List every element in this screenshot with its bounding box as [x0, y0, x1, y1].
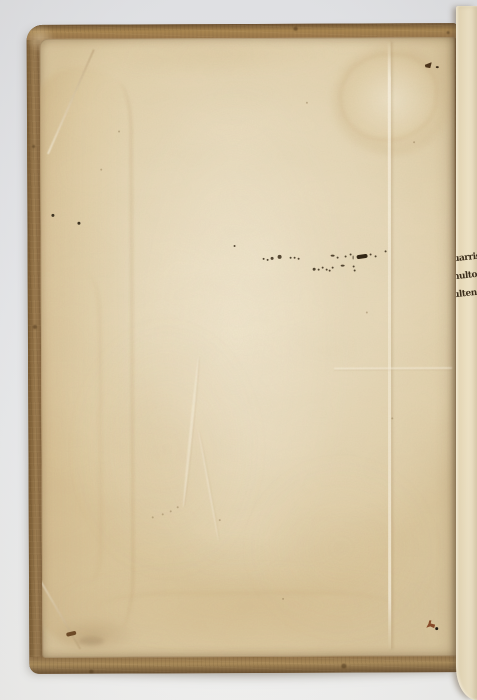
paper-wrinkle	[182, 356, 200, 508]
paper-wrinkle	[198, 431, 220, 542]
ink-speck	[370, 253, 372, 255]
ink-speck	[413, 141, 415, 143]
ink-speck	[345, 256, 347, 258]
tide-line-bottom	[94, 591, 399, 630]
ink-speck	[152, 516, 154, 518]
ink-speck	[263, 258, 265, 260]
ink-speck	[375, 255, 377, 257]
tide-line-top-right	[340, 53, 438, 141]
mottling-patch	[254, 465, 430, 631]
ink-speck	[51, 214, 54, 217]
ink-speck	[271, 257, 274, 260]
ink-speck	[162, 513, 164, 515]
ink-speck	[322, 267, 324, 269]
book-cover	[27, 23, 460, 674]
ink-speck	[331, 255, 335, 257]
ink-speck	[290, 257, 292, 259]
water-stain-left	[40, 66, 135, 644]
ink-speck	[329, 270, 331, 272]
leather-wear-spot	[32, 145, 35, 148]
ink-speck	[282, 598, 284, 600]
ink-speck	[354, 270, 356, 272]
ink-speck	[100, 169, 102, 171]
ink-speck	[118, 131, 120, 133]
ink-mark-top-right	[425, 62, 432, 68]
ink-speck	[341, 265, 345, 267]
ink-speck	[313, 268, 316, 271]
ink-speck	[353, 266, 355, 268]
paper-highlight-center	[132, 96, 339, 572]
ink-speck	[337, 257, 339, 259]
leather-wear-spot	[447, 31, 450, 34]
pastedown-page	[40, 37, 458, 658]
ink-speck	[350, 254, 352, 256]
ink-speck	[294, 257, 296, 259]
ink-speck	[326, 269, 328, 271]
toning-top	[95, 37, 340, 79]
photo-antique-book: uarris hultos ulten	[0, 0, 477, 700]
corner-crease-bottom-left	[40, 576, 82, 650]
stain-dash-bottom-left	[66, 631, 77, 637]
ink-offset-blob	[356, 254, 367, 260]
fore-edge-next-page: uarris hultos ulten	[456, 6, 477, 700]
smudge-dash-bottom-left	[78, 637, 104, 646]
ink-speck	[391, 417, 393, 419]
red-ink-mark-bottom-right	[426, 620, 435, 628]
leather-wear-spot	[89, 670, 93, 674]
blackletter-fragment: ulten	[456, 287, 477, 303]
paper-wrinkle	[334, 367, 452, 370]
ink-speck	[219, 519, 221, 521]
water-stain-top-right	[328, 41, 457, 160]
corner-crease-top-left	[47, 49, 95, 154]
ink-speck	[234, 245, 236, 247]
blackletter-fragment: hultos	[456, 269, 477, 285]
mottling-patch	[79, 326, 255, 572]
ink-speck	[385, 250, 387, 252]
ink-speck	[77, 222, 80, 225]
ink-speck	[170, 510, 172, 512]
ink-speck	[332, 267, 334, 269]
wormhole-bottom-right	[435, 627, 438, 630]
leather-wear-spot	[33, 325, 37, 329]
tide-line-left	[96, 80, 134, 628]
ink-dot-top-right	[436, 66, 439, 68]
tide-line-left-2	[71, 274, 102, 584]
vertical-crease	[388, 41, 392, 649]
leather-wear-spot	[294, 27, 298, 31]
ink-speck	[267, 259, 269, 261]
ink-speck	[306, 102, 308, 104]
leather-wear-spot	[341, 664, 346, 669]
ink-speck	[366, 311, 368, 313]
ink-speck	[278, 255, 282, 259]
ink-speck	[353, 256, 354, 260]
blackletter-fragment: uarris	[456, 251, 477, 267]
water-stain-bottom	[60, 569, 432, 643]
ink-speck	[177, 506, 179, 508]
ink-speck	[298, 258, 300, 260]
paper-grain	[40, 37, 458, 658]
ink-speck	[318, 269, 320, 271]
smudge-bottom-left	[46, 616, 138, 652]
